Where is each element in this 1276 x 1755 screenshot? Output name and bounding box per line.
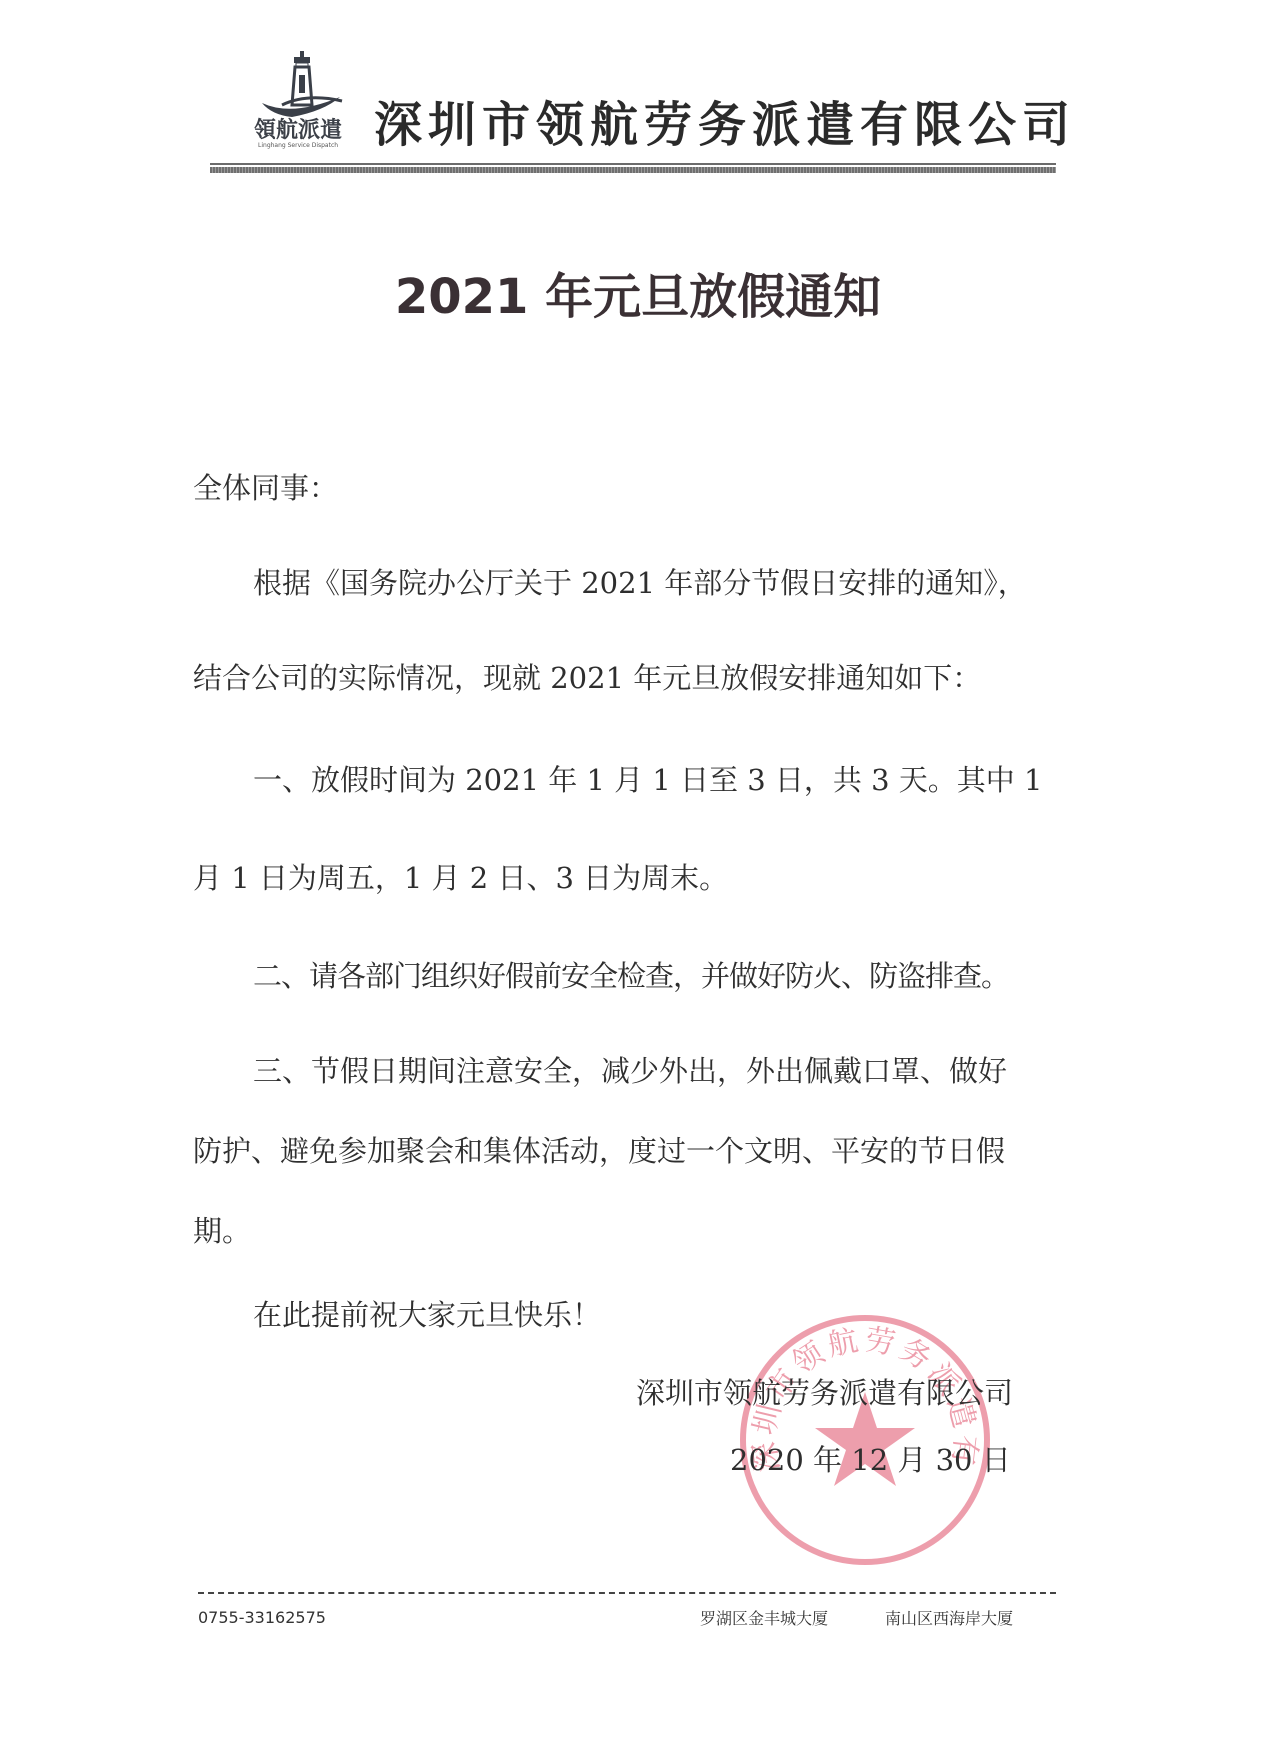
signature-date: 2020 年 12 月 30 日 — [730, 1442, 1011, 1478]
footer-phone: 0755-33162575 — [198, 1608, 326, 1627]
company-seal-icon: 深圳市领航劳务派遣有限公司 — [735, 1310, 995, 1570]
paragraph-4-line-1: 三、节假日期间注意安全，减少外出，外出佩戴口罩、做好 — [253, 1053, 1007, 1089]
closing-wish: 在此提前祝大家元旦快乐！ — [253, 1297, 601, 1333]
notice-page: 領航派遣 Linghang Service Dispatch 深圳市领航劳务派遣… — [0, 0, 1276, 1755]
footer-dashed-divider — [198, 1592, 1056, 1594]
letterhead-divider-thin — [210, 163, 1056, 165]
paragraph-4-line-3: 期。 — [193, 1213, 251, 1249]
letterhead-company-name: 深圳市领航劳务派遣有限公司 — [374, 86, 1076, 155]
letterhead-divider-thick — [210, 167, 1056, 173]
paragraph-1-line-2: 结合公司的实际情况，现就 2021 年元旦放假安排通知如下： — [193, 660, 981, 696]
paragraph-2-line-1: 一、放假时间为 2021 年 1 月 1 日至 3 日，共 3 天。其中 1 — [253, 762, 1042, 798]
paragraph-2-line-2: 月 1 日为周五，1 月 2 日、3 日为周末。 — [193, 860, 728, 896]
signature-company: 深圳市领航劳务派遣有限公司 — [636, 1375, 1013, 1411]
document-title: 2021 年元旦放假通知 — [0, 258, 1276, 327]
salutation: 全体同事： — [193, 470, 338, 506]
paragraph-4-line-2: 防护、避免参加聚会和集体活动，度过一个文明、平安的节日假 — [193, 1133, 1005, 1169]
paragraph-1-line-1: 根据《国务院办公厅关于 2021 年部分节假日安排的通知》， — [253, 565, 1027, 601]
footer-address-1: 罗湖区金丰城大厦 — [700, 1606, 828, 1629]
paragraph-3: 二、请各部门组织好假前安全检查，并做好防火、防盗排查。 — [253, 958, 1009, 994]
logo-text: 領航派遣 — [254, 113, 342, 144]
logo-subtitle: Linghang Service Dispatch — [258, 142, 338, 149]
footer-address-2: 南山区西海岸大厦 — [885, 1606, 1013, 1629]
